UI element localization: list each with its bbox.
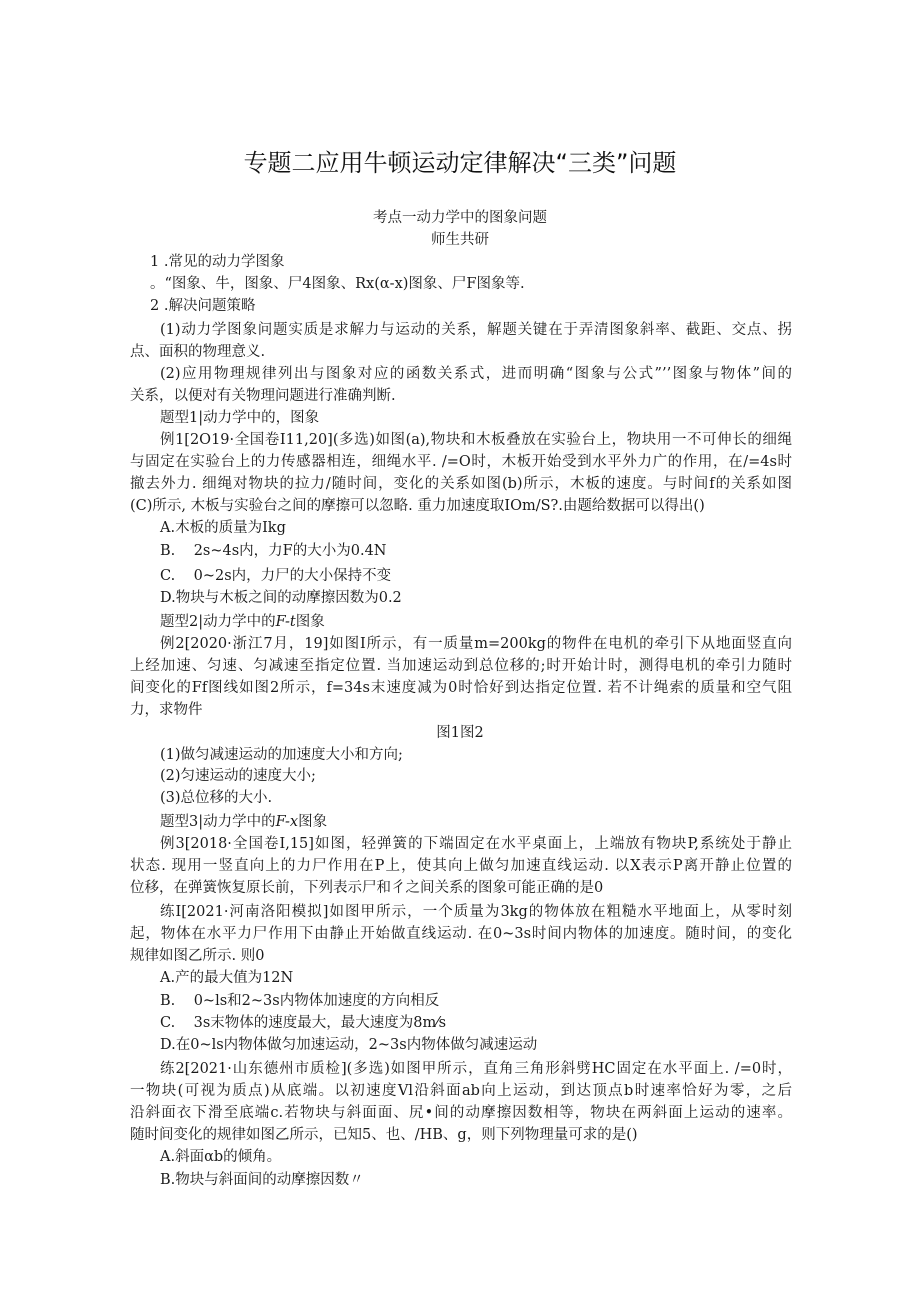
example-3-line-1: 例3[2018·全国卷I,15]如图，轻弹簧的下端固定在水平桌面上，上端放有物块…: [160, 833, 792, 855]
practice-1-option-b: B. 0~ls和2~3s内物体加速度的方向相反: [160, 990, 792, 1012]
practice-2-option-a: A.斜面αb的倾角。: [160, 1146, 792, 1168]
document-page: 专题二应用牛顿运动定律解决“三类”问题 考点一动力学中的图象问题 师生共研 1 …: [0, 0, 920, 1301]
example-2-line-2: 上经加速、匀速、匀减速至指定位置. 当加速运动到总位移的;时开始计时，测得电机的…: [130, 655, 792, 677]
section-subtitle: 师生共研: [0, 229, 920, 251]
example-1-option-c: C. 0~2s内，力尸的大小保持不变: [160, 565, 792, 587]
example-2-question-1: (1)做匀减速运动的加速度大小和方向;: [160, 744, 792, 766]
strategy-2-line-1: (2)应用物理规律列出与图象对应的函数关系式，进而明确“图象与公式”’’图象与物…: [160, 363, 792, 385]
practice-1-line-3: 规律如图乙所示. 则0: [130, 945, 792, 967]
type-3-heading-suffix: 图象: [298, 814, 327, 830]
example-3-line-3: 位移，在弹簧恢复原长前，下列表示尸和彳之间关系的图象可能正确的是0: [130, 877, 792, 899]
practice-2-line-4: 随时间变化的规律如图乙所示，已知5、也、/HB、g，则下列物理量可求的是(): [130, 1124, 792, 1146]
example-1-line-2: 与固定在实验台上的力传感器相连，细绳水平. /=O时，木板开始受到水平外力广的作…: [130, 451, 792, 473]
type-2-heading: 题型2|动力学中的F-t图象: [160, 611, 792, 633]
type-3-heading: 题型3|动力学中的F-x图象: [160, 811, 792, 833]
practice-2-line-2: 一物块(可视为质点)从底端。以初速度Vl沿斜面ab向上运动，到达顶点b时速率恰好…: [130, 1080, 792, 1102]
example-2-line-1: 例2[2020·浙江7月，19]如图I所示，有一质量m=200kg的物件在电机的…: [160, 633, 792, 655]
type-3-heading-var: F-x: [276, 814, 299, 830]
example-1-option-d: D.物块与木板之间的动摩擦因数为0.2: [160, 587, 792, 609]
practice-2-line-1: 练2[2021·山东德州市质检](多选)如图甲所示，直角三角形斜劈HC固定在水平…: [160, 1058, 792, 1080]
example-2-question-3: (3)总位移的大小.: [160, 787, 792, 809]
point-2-heading: 2 .解决问题策略: [150, 295, 782, 317]
point-1-body: 。“图象、牛，图象、尸4图象、Rx(α-x)图象、尸F图象等.: [150, 273, 782, 295]
practice-1-line-1: 练I[2021·河南洛阳模拟]如图甲所示，一个质量为3kg的物体放在粗糙水平地面…: [160, 901, 792, 923]
example-2-line-3: 间变化的Ff图线如图2所示，f=34s末速度减为0时恰好到达指定位置. 若不计绳…: [130, 677, 792, 699]
document-title: 专题二应用牛顿运动定律解决“三类”问题: [0, 148, 920, 178]
type-1-heading: 题型1|动力学中的，图象: [160, 407, 792, 429]
section-title: 考点一动力学中的图象问题: [0, 207, 920, 229]
strategy-2-line-2: 关系，以便对有关物理问题进行准确判断.: [130, 385, 792, 407]
practice-1-option-a: A.产的最大值为12N: [160, 967, 792, 989]
example-1-line-1: 例1[2O19·全国卷I11,20](多选)如图(a),物块和木板叠放在实验台上…: [160, 429, 792, 451]
example-1-line-4: (C)所示, 木板与实验台之间的摩擦可以忽略. 重力加速度取IOm/S?.由题给…: [130, 495, 792, 517]
type-2-heading-var: F-t: [276, 614, 296, 630]
practice-2-line-3: 沿斜面衣下滑至底端c.若物块与斜面面、尻•间的动摩擦因数相等，物块在两斜面上运动…: [130, 1102, 792, 1124]
strategy-1-line-2: 点、面积的物理意义.: [130, 341, 792, 363]
figure-caption: 图1图2: [0, 722, 920, 744]
example-2-line-4: 力，求物件: [130, 699, 792, 721]
example-3-line-2: 状态. 现用一竖直向上的力尸作用在P上，使其向上做匀加速直线运动. 以X表示P离…: [130, 855, 792, 877]
type-3-heading-prefix: 题型3|动力学中的: [160, 814, 276, 830]
practice-2-option-b: B.物块与斜面间的动摩擦因数〃: [160, 1169, 792, 1191]
example-1-option-b: B. 2s~4s内，力F的大小为0.4N: [160, 540, 792, 562]
point-1-heading: 1 .常见的动力学图象: [150, 251, 782, 273]
type-2-heading-prefix: 题型2|动力学中的: [160, 614, 276, 630]
strategy-1-line-1: (1)动力学图象问题实质是求解力与运动的关系，解题关键在于弄清图象斜率、截距、交…: [160, 319, 792, 341]
type-2-heading-suffix: 图象: [296, 614, 325, 630]
practice-1-option-d: D.在0~ls内物体做匀加速运动，2~3s内物体做匀减速运动: [160, 1034, 792, 1056]
example-1-option-a: A.木板的质量为Ikg: [160, 517, 792, 539]
practice-1-line-2: 起，物体在水平力尸作用下由静止开始做直线运动. 在0~3s时间内物体的加速度。随…: [130, 923, 792, 945]
practice-1-option-c: C. 3s末物体的速度最大，最大速度为8m⁄s: [160, 1012, 792, 1034]
example-2-question-2: (2)匀速运动的速度大小;: [160, 765, 792, 787]
example-1-line-3: 撤去外力. 细绳对物块的拉力/随时间，变化的关系如图(b)所示，木板的速度。与时…: [130, 473, 792, 495]
